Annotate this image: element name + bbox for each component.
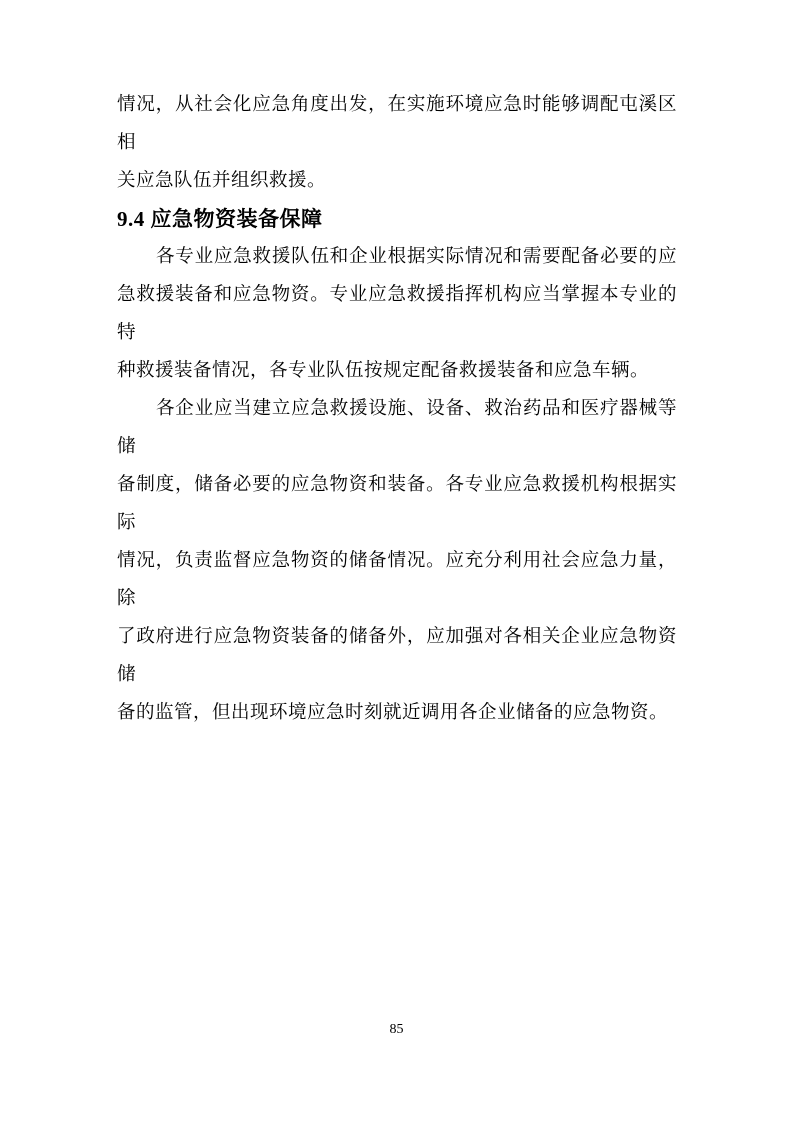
paragraph-continuation: 情况，从社会化应急角度出发，在实施环境应急时能够调配屯溪区相 关应急队伍并组织救…	[117, 86, 677, 200]
text-line: 备的监管，但出现环境应急时刻就近调用各企业储备的应急物资。	[117, 694, 677, 732]
text-line: 了政府进行应急物资装备的储备外，应加强对各相关企业应急物资储	[117, 618, 677, 694]
paragraph-reserves: 各企业应当建立应急救援设施、设备、救治药品和医疗器械等储 备制度，储备必要的应急…	[117, 390, 677, 732]
page-number: 85	[0, 1020, 793, 1040]
page-content: 情况，从社会化应急角度出发，在实施环境应急时能够调配屯溪区相 关应急队伍并组织救…	[117, 86, 677, 732]
section-heading-9-4: 9.4 应急物资装备保障	[117, 200, 677, 238]
text-line: 备制度，储备必要的应急物资和装备。各专业应急救援机构根据实际	[117, 466, 677, 542]
text-line: 各企业应当建立应急救援设施、设备、救治药品和医疗器械等储	[117, 390, 677, 466]
text-line: 关应急队伍并组织救援。	[117, 162, 677, 200]
document-page: 情况，从社会化应急角度出发，在实施环境应急时能够调配屯溪区相 关应急队伍并组织救…	[0, 0, 793, 1122]
text-line: 急救援装备和应急物资。专业应急救援指挥机构应当掌握本专业的特	[117, 276, 677, 352]
text-line: 种救援装备情况，各专业队伍按规定配备救援装备和应急车辆。	[117, 352, 677, 390]
text-line: 情况，从社会化应急角度出发，在实施环境应急时能够调配屯溪区相	[117, 86, 677, 162]
text-line: 各专业应急救援队伍和企业根据实际情况和需要配备必要的应	[117, 238, 677, 276]
paragraph-equipment: 各专业应急救援队伍和企业根据实际情况和需要配备必要的应 急救援装备和应急物资。专…	[117, 238, 677, 390]
text-line: 情况，负责监督应急物资的储备情况。应充分利用社会应急力量，除	[117, 542, 677, 618]
